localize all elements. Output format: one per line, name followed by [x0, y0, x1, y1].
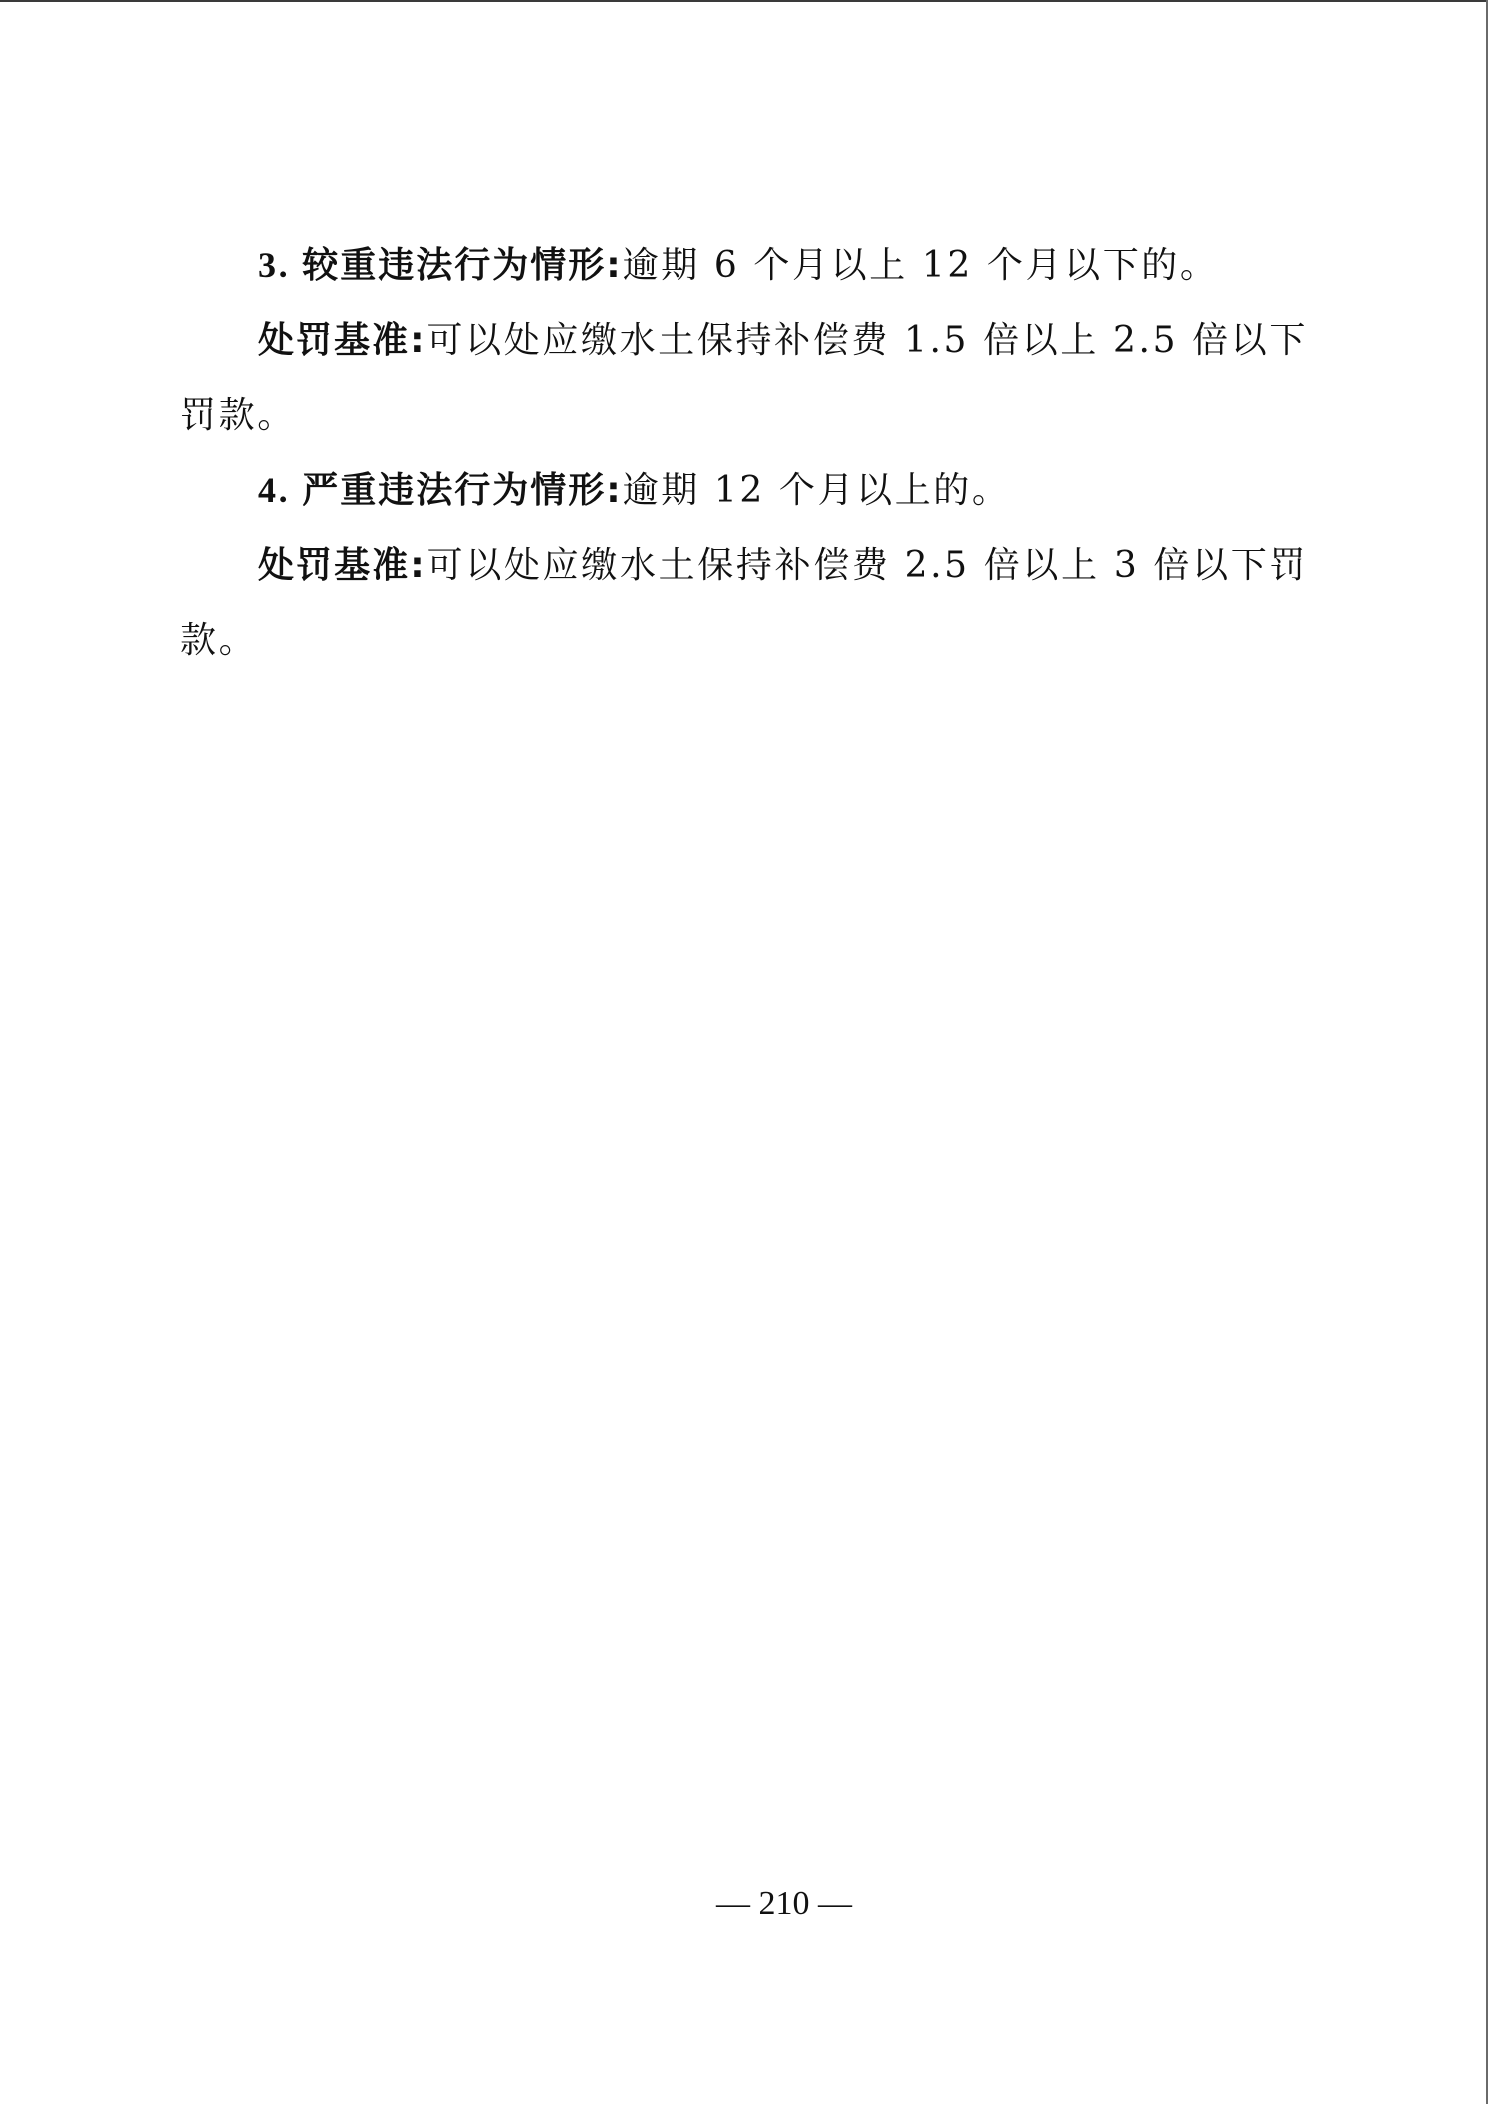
penalty-label: 处罚基准:	[258, 545, 427, 586]
violation-text: 逾期 6 个月以上 12 个月以下的。	[623, 245, 1219, 286]
page-number: — 210 —	[0, 1885, 1488, 1923]
violation-label: 较重违法行为情形:	[302, 245, 622, 286]
violation-label: 严重违法行为情形:	[302, 470, 622, 511]
violation-text: 逾期 12 个月以上的。	[623, 470, 1011, 511]
penalty-standard-3: 处罚基准:可以处应缴水土保持补偿费 1.5 倍以上 2.5 倍以下罚款。	[180, 303, 1308, 453]
violation-item-4: 4.严重违法行为情形:逾期 12 个月以上的。	[180, 453, 1308, 528]
penalty-label: 处罚基准:	[258, 320, 426, 361]
page-border-top	[0, 0, 1488, 2]
item-number: 4.	[258, 470, 290, 510]
document-body: 3.较重违法行为情形:逾期 6 个月以上 12 个月以下的。 处罚基准:可以处应…	[180, 228, 1308, 678]
violation-item-3: 3.较重违法行为情形:逾期 6 个月以上 12 个月以下的。	[180, 228, 1308, 303]
item-number: 3.	[258, 245, 290, 285]
penalty-standard-4: 处罚基准:可以处应缴水土保持补偿费 2.5 倍以上 3 倍以下罚款。	[180, 528, 1308, 678]
